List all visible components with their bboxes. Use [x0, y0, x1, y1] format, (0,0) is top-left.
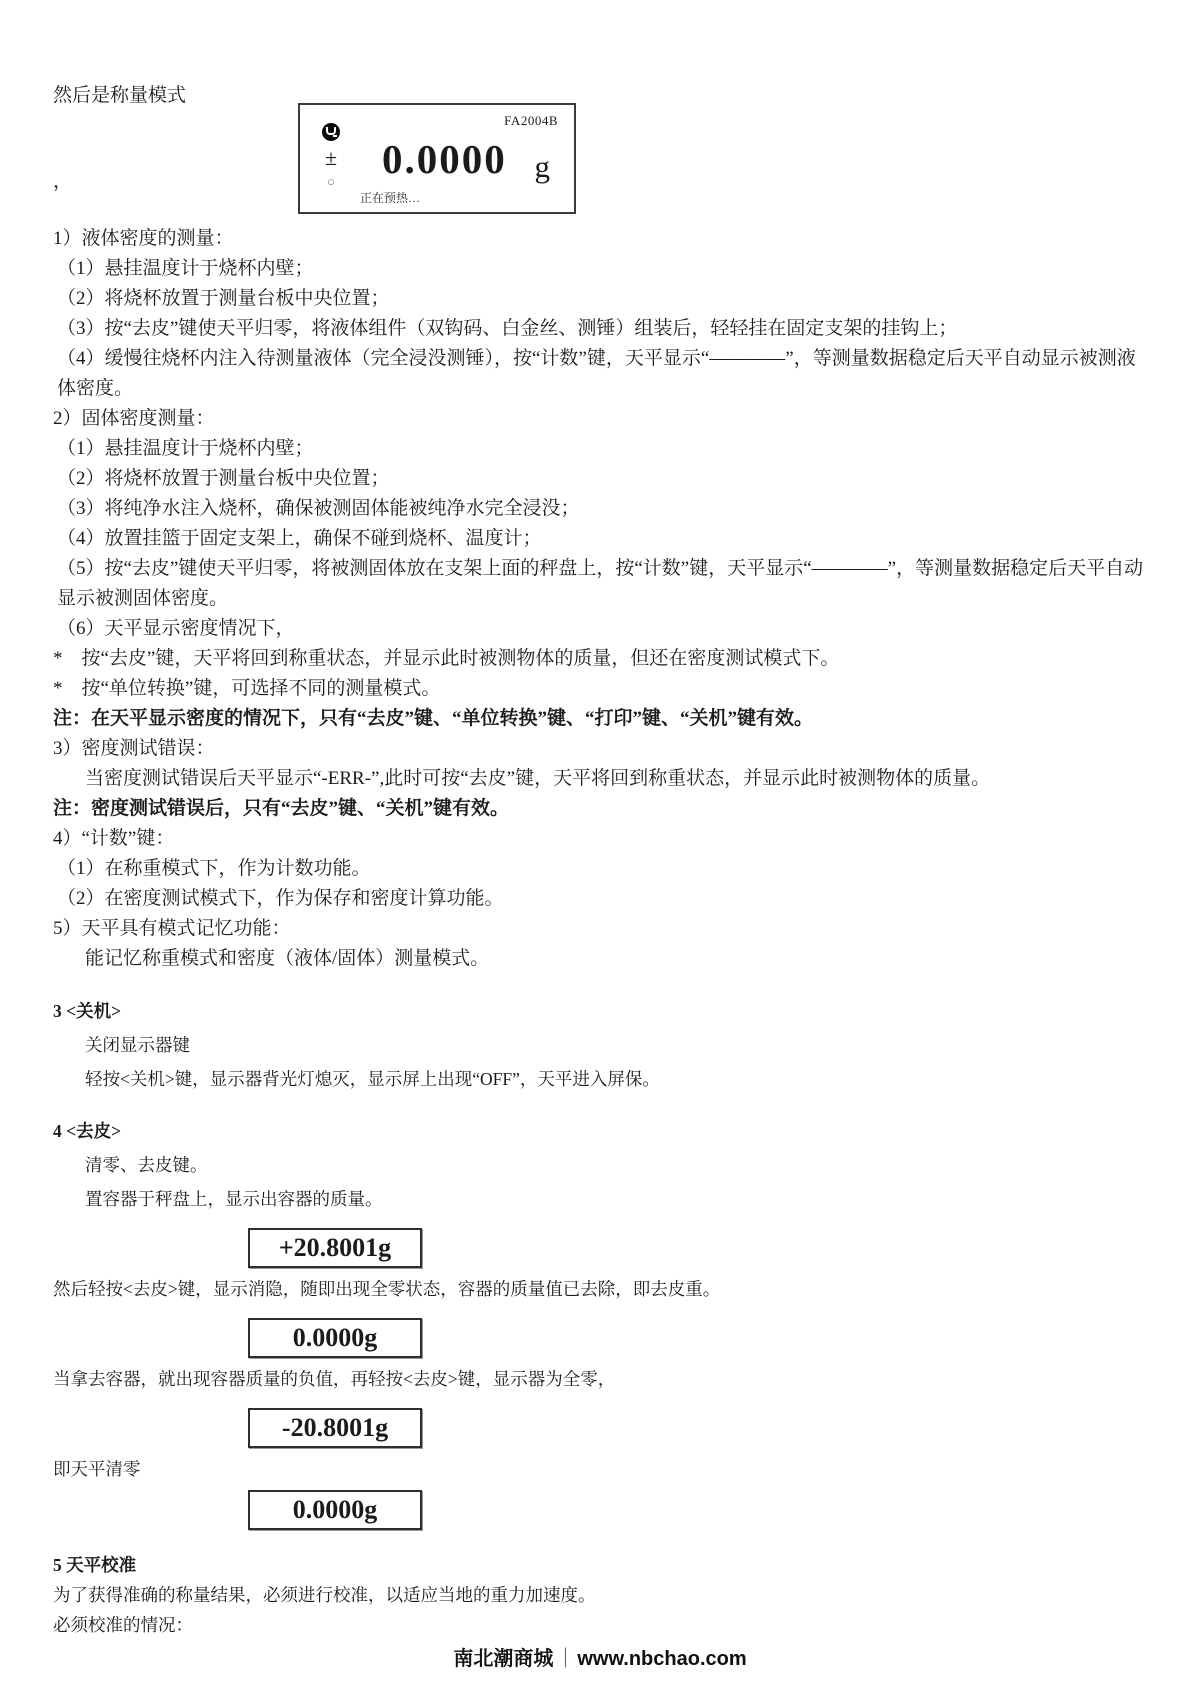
list-item: （3）按“去皮”键使天平归零，将液体组件（双钩码、白金丝、测锤）组装后，轻轻挂在… [53, 314, 1152, 344]
weight-box-row: +20.8001g [248, 1228, 1152, 1268]
memory-title: 5）天平具有模式记忆功能： [53, 914, 1152, 944]
liquid-density-title: 1）液体密度的测量： [53, 224, 1152, 254]
weight-box-row: -20.8001g [248, 1408, 1152, 1448]
list-item: （5）按“去皮”键使天平归零，将被测固体放在支架上面的秤盘上，按“计数”键，天平… [53, 554, 1152, 614]
list-item: （4）放置挂篮于固定支架上，确保不碰到烧杯、温度计； [53, 524, 1152, 554]
weight-display-box: -20.8001g [248, 1408, 422, 1448]
weight-box-row: 0.0000g [248, 1490, 1152, 1530]
stray-comma: ， [53, 166, 72, 193]
solid-density-title: 2）固体密度测量： [53, 404, 1152, 434]
top-section: 然后是称量模式 ， FA2004B ± ○ 0.0000 g 正在预热… [0, 0, 1200, 224]
section-heading-calibration: 5 天平校准 [53, 1550, 1152, 1580]
density-error-title: 3）密度测试错误： [53, 734, 1152, 764]
list-item: （2）将烧杯放置于测量台板中央位置； [53, 464, 1152, 494]
note-line: 注：在天平显示密度的情况下，只有“去皮”键、“单位转换”键、“打印”键、“关机”… [53, 704, 1152, 734]
document-page: 然后是称量模式 ， FA2004B ± ○ 0.0000 g 正在预热… 1）液… [0, 0, 1200, 1697]
warming-status-text: 正在预热… [360, 189, 420, 206]
note-line: 注：密度测试错误后，只有“去皮”键、“关机”键有效。 [53, 794, 1152, 824]
list-item: （1）悬挂温度计于烧杯内壁； [53, 434, 1152, 464]
section-line: 即天平清零 [53, 1454, 1152, 1484]
list-item: （2）将烧杯放置于测量台板中央位置； [53, 284, 1152, 314]
footer-watermark: 南北潮商城｜www.nbchao.com [0, 1642, 1200, 1671]
density-error-body: 当密度测试错误后天平显示“-ERR-”,此时可按“去皮”键，天平将回到称重状态，… [53, 764, 1152, 794]
weight-display-box: +20.8001g [248, 1228, 422, 1268]
document-body: 1）液体密度的测量： （1）悬挂温度计于烧杯内壁； （2）将烧杯放置于测量台板中… [0, 224, 1200, 1640]
section-line: 置容器于秤盘上，显示出容器的质量。 [53, 1184, 1152, 1214]
weight-display-box: 0.0000g [248, 1318, 422, 1358]
unit-label: g [535, 149, 551, 185]
list-item: （6）天平显示密度情况下， [53, 614, 1152, 644]
list-item: （1）悬挂温度计于烧杯内壁； [53, 254, 1152, 284]
intro-text: 然后是称量模式 [53, 80, 186, 107]
section-heading-off: 3 <关机> [53, 996, 1152, 1026]
bullet-item: * 按“去皮”键，天平将回到称重状态，并显示此时被测物体的质量，但还在密度测试模… [53, 644, 1152, 674]
list-item: （1）在称重模式下，作为计数功能。 [53, 854, 1152, 884]
section-line: 关闭显示器键 [53, 1030, 1152, 1060]
footer-divider: ｜ [553, 1648, 577, 1670]
count-key-title: 4）“计数”键： [53, 824, 1152, 854]
indicator-column: ± ○ [322, 123, 340, 188]
section-heading-tare: 4 <去皮> [53, 1116, 1152, 1146]
weight-display-box: 0.0000g [248, 1490, 422, 1530]
list-item: （3）将纯净水注入烧杯，确保被测固体能被纯净水完全浸没； [53, 494, 1152, 524]
zero-circle-icon: ○ [327, 175, 335, 188]
section-line: 当拿去容器，就出现容器质量的负值，再轻按<去皮>键，显示器为全零， [53, 1364, 1152, 1394]
footer-site-name: 南北潮商城 [453, 1648, 553, 1670]
bullet-item: * 按“单位转换”键，可选择不同的测量模式。 [53, 674, 1152, 704]
standby-icon [322, 123, 340, 141]
section-line: 轻按<关机>键，显示器背光灯熄灭，显示屏上出现“OFF”，天平进入屏保。 [53, 1064, 1152, 1094]
footer-url: www.nbchao.com [577, 1648, 746, 1670]
model-label: FA2004B [504, 113, 558, 129]
weight-box-row: 0.0000g [248, 1318, 1152, 1358]
plus-minus-icon: ± [325, 148, 337, 168]
section-line: 为了获得准确的称量结果，必须进行校准，以适应当地的重力加速度。 [53, 1580, 1152, 1610]
memory-body: 能记忆称重模式和密度（液体/固体）测量模式。 [53, 944, 1152, 974]
balance-display-panel: FA2004B ± ○ 0.0000 g 正在预热… [298, 103, 576, 214]
list-item: （4）缓慢往烧杯内注入待测量液体（完全浸没测锤），按“计数”键，天平显示“———… [53, 344, 1152, 404]
weight-readout: 0.0000 [382, 135, 507, 183]
list-item: （2）在密度测试模式下，作为保存和密度计算功能。 [53, 884, 1152, 914]
section-line: 清零、去皮键。 [53, 1150, 1152, 1180]
section-line: 必须校准的情况： [53, 1610, 1152, 1640]
section-line: 然后轻按<去皮>键，显示消隐，随即出现全零状态，容器的质量值已去除，即去皮重。 [53, 1274, 1152, 1304]
